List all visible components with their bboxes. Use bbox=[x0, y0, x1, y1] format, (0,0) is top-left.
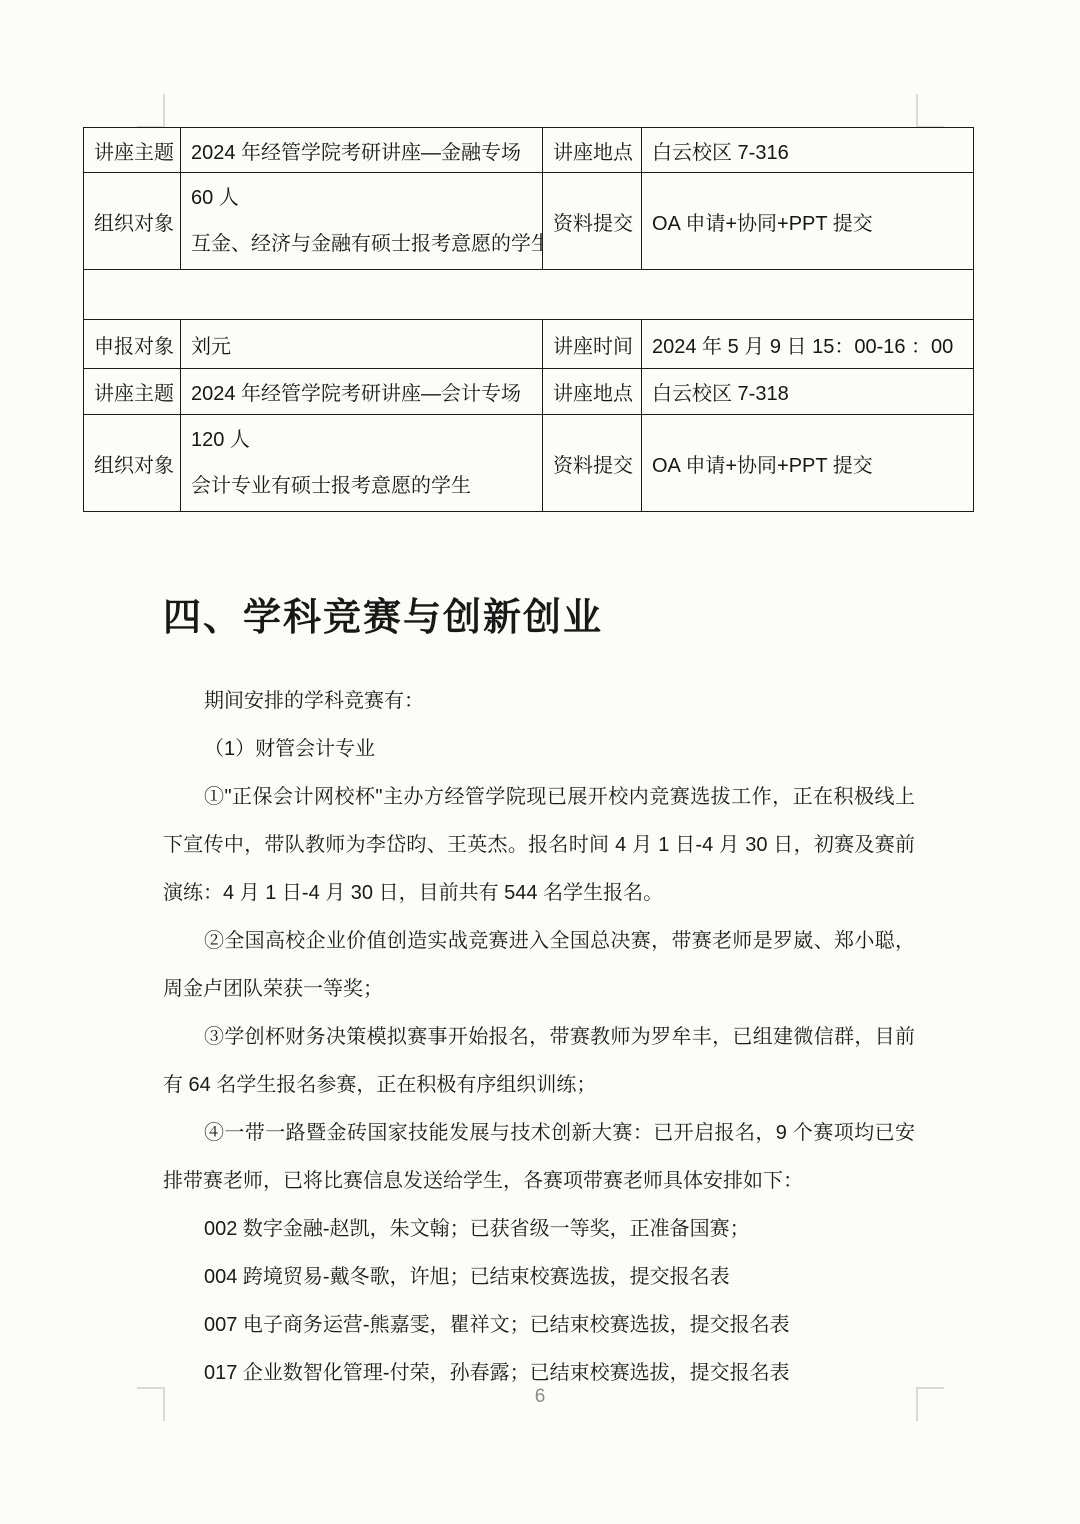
table-row: 讲座主题 2024 年经管学院考研讲座—金融专场 讲座地点 白云校区 7-316 bbox=[84, 128, 974, 173]
cell-applicant-label: 申报对象 bbox=[84, 320, 181, 369]
cell-audience-value: 120 人 会计专业有硕士报考意愿的学生 bbox=[181, 415, 543, 512]
cell-audience-label: 组织对象 bbox=[84, 415, 181, 512]
paragraph-competition-1: ①"正保会计网校杯"主办方经管学院现已展开校内竞赛选拔工作，正在积极线上下宣传中… bbox=[163, 773, 915, 917]
audience-description: 互金、经济与金融有硕士报考意愿的学生 bbox=[191, 221, 532, 267]
cell-lecture-topic-label: 讲座主题 bbox=[84, 369, 181, 415]
cell-lecture-topic-label: 讲座主题 bbox=[84, 128, 181, 173]
audience-count: 120 人 bbox=[191, 417, 532, 463]
body-text: 期间安排的学科竞赛有： （1）财管会计专业 ①"正保会计网校杯"主办方经管学院现… bbox=[163, 677, 915, 1397]
page-number: 6 bbox=[0, 1386, 1080, 1408]
cell-materials-value: OA 申请+协同+PPT 提交 bbox=[642, 415, 974, 512]
table-empty-row-cell bbox=[84, 270, 974, 320]
table-row: 申报对象 刘元 讲座时间 2024 年 5 月 9 日 15：00-16 ：00 bbox=[84, 320, 974, 369]
cell-audience-label: 组织对象 bbox=[84, 173, 181, 270]
cell-lecture-place-value: 白云校区 7-318 bbox=[642, 369, 974, 415]
section-heading: 四、学科竞赛与创新创业 bbox=[163, 586, 603, 641]
subsection-title: （1）财管会计专业 bbox=[163, 725, 915, 773]
margin-mark-top-right-icon bbox=[916, 94, 944, 128]
cell-materials-label: 资料提交 bbox=[543, 173, 642, 270]
cell-lecture-time-label: 讲座时间 bbox=[543, 320, 642, 369]
lecture-schedule-table: 讲座主题 2024 年经管学院考研讲座—金融专场 讲座地点 白云校区 7-316… bbox=[83, 127, 974, 512]
cell-lecture-place-value: 白云校区 7-316 bbox=[642, 128, 974, 173]
cell-audience-value: 60 人 互金、经济与金融有硕士报考意愿的学生 bbox=[181, 173, 543, 270]
margin-mark-top-left-icon bbox=[137, 94, 165, 128]
document-page: 讲座主题 2024 年经管学院考研讲座—金融专场 讲座地点 白云校区 7-316… bbox=[0, 0, 1080, 1524]
audience-count: 60 人 bbox=[191, 175, 532, 221]
table-row: 组织对象 60 人 互金、经济与金融有硕士报考意愿的学生 资料提交 OA 申请+… bbox=[84, 173, 974, 270]
intro-paragraph: 期间安排的学科竞赛有： bbox=[163, 677, 915, 725]
cell-lecture-topic-value: 2024 年经管学院考研讲座—会计专场 bbox=[181, 369, 543, 415]
table-empty-row bbox=[84, 270, 974, 320]
cell-applicant-value: 刘元 bbox=[181, 320, 543, 369]
list-item-004: 004 跨境贸易-戴冬歌，许旭；已结束校赛选拔，提交报名表 bbox=[163, 1253, 915, 1301]
list-item-007: 007 电子商务运营-熊嘉雯，瞿祥文；已结束校赛选拔，提交报名表 bbox=[163, 1301, 915, 1349]
list-item-002: 002 数字金融-赵凯，朱文翰；已获省级一等奖，正准备国赛； bbox=[163, 1205, 915, 1253]
paragraph-competition-3: ③学创杯财务决策模拟赛事开始报名，带赛教师为罗牟丰，已组建微信群，目前有 64 … bbox=[163, 1013, 915, 1109]
table-row: 讲座主题 2024 年经管学院考研讲座—会计专场 讲座地点 白云校区 7-318 bbox=[84, 369, 974, 415]
cell-lecture-topic-value: 2024 年经管学院考研讲座—金融专场 bbox=[181, 128, 543, 173]
paragraph-competition-4: ④一带一路暨金砖国家技能发展与技术创新大赛：已开启报名，9 个赛项均已安排带赛老… bbox=[163, 1109, 915, 1205]
cell-lecture-place-label: 讲座地点 bbox=[543, 128, 642, 173]
audience-description: 会计专业有硕士报考意愿的学生 bbox=[191, 463, 532, 509]
paragraph-competition-2: ②全国高校企业价值创造实战竞赛进入全国总决赛，带赛老师是罗崴、郑小聪，周金卢团队… bbox=[163, 917, 915, 1013]
cell-lecture-time-value: 2024 年 5 月 9 日 15：00-16 ：00 bbox=[642, 320, 974, 369]
cell-materials-label: 资料提交 bbox=[543, 415, 642, 512]
table-row: 组织对象 120 人 会计专业有硕士报考意愿的学生 资料提交 OA 申请+协同+… bbox=[84, 415, 974, 512]
cell-materials-value: OA 申请+协同+PPT 提交 bbox=[642, 173, 974, 270]
cell-lecture-place-label: 讲座地点 bbox=[543, 369, 642, 415]
